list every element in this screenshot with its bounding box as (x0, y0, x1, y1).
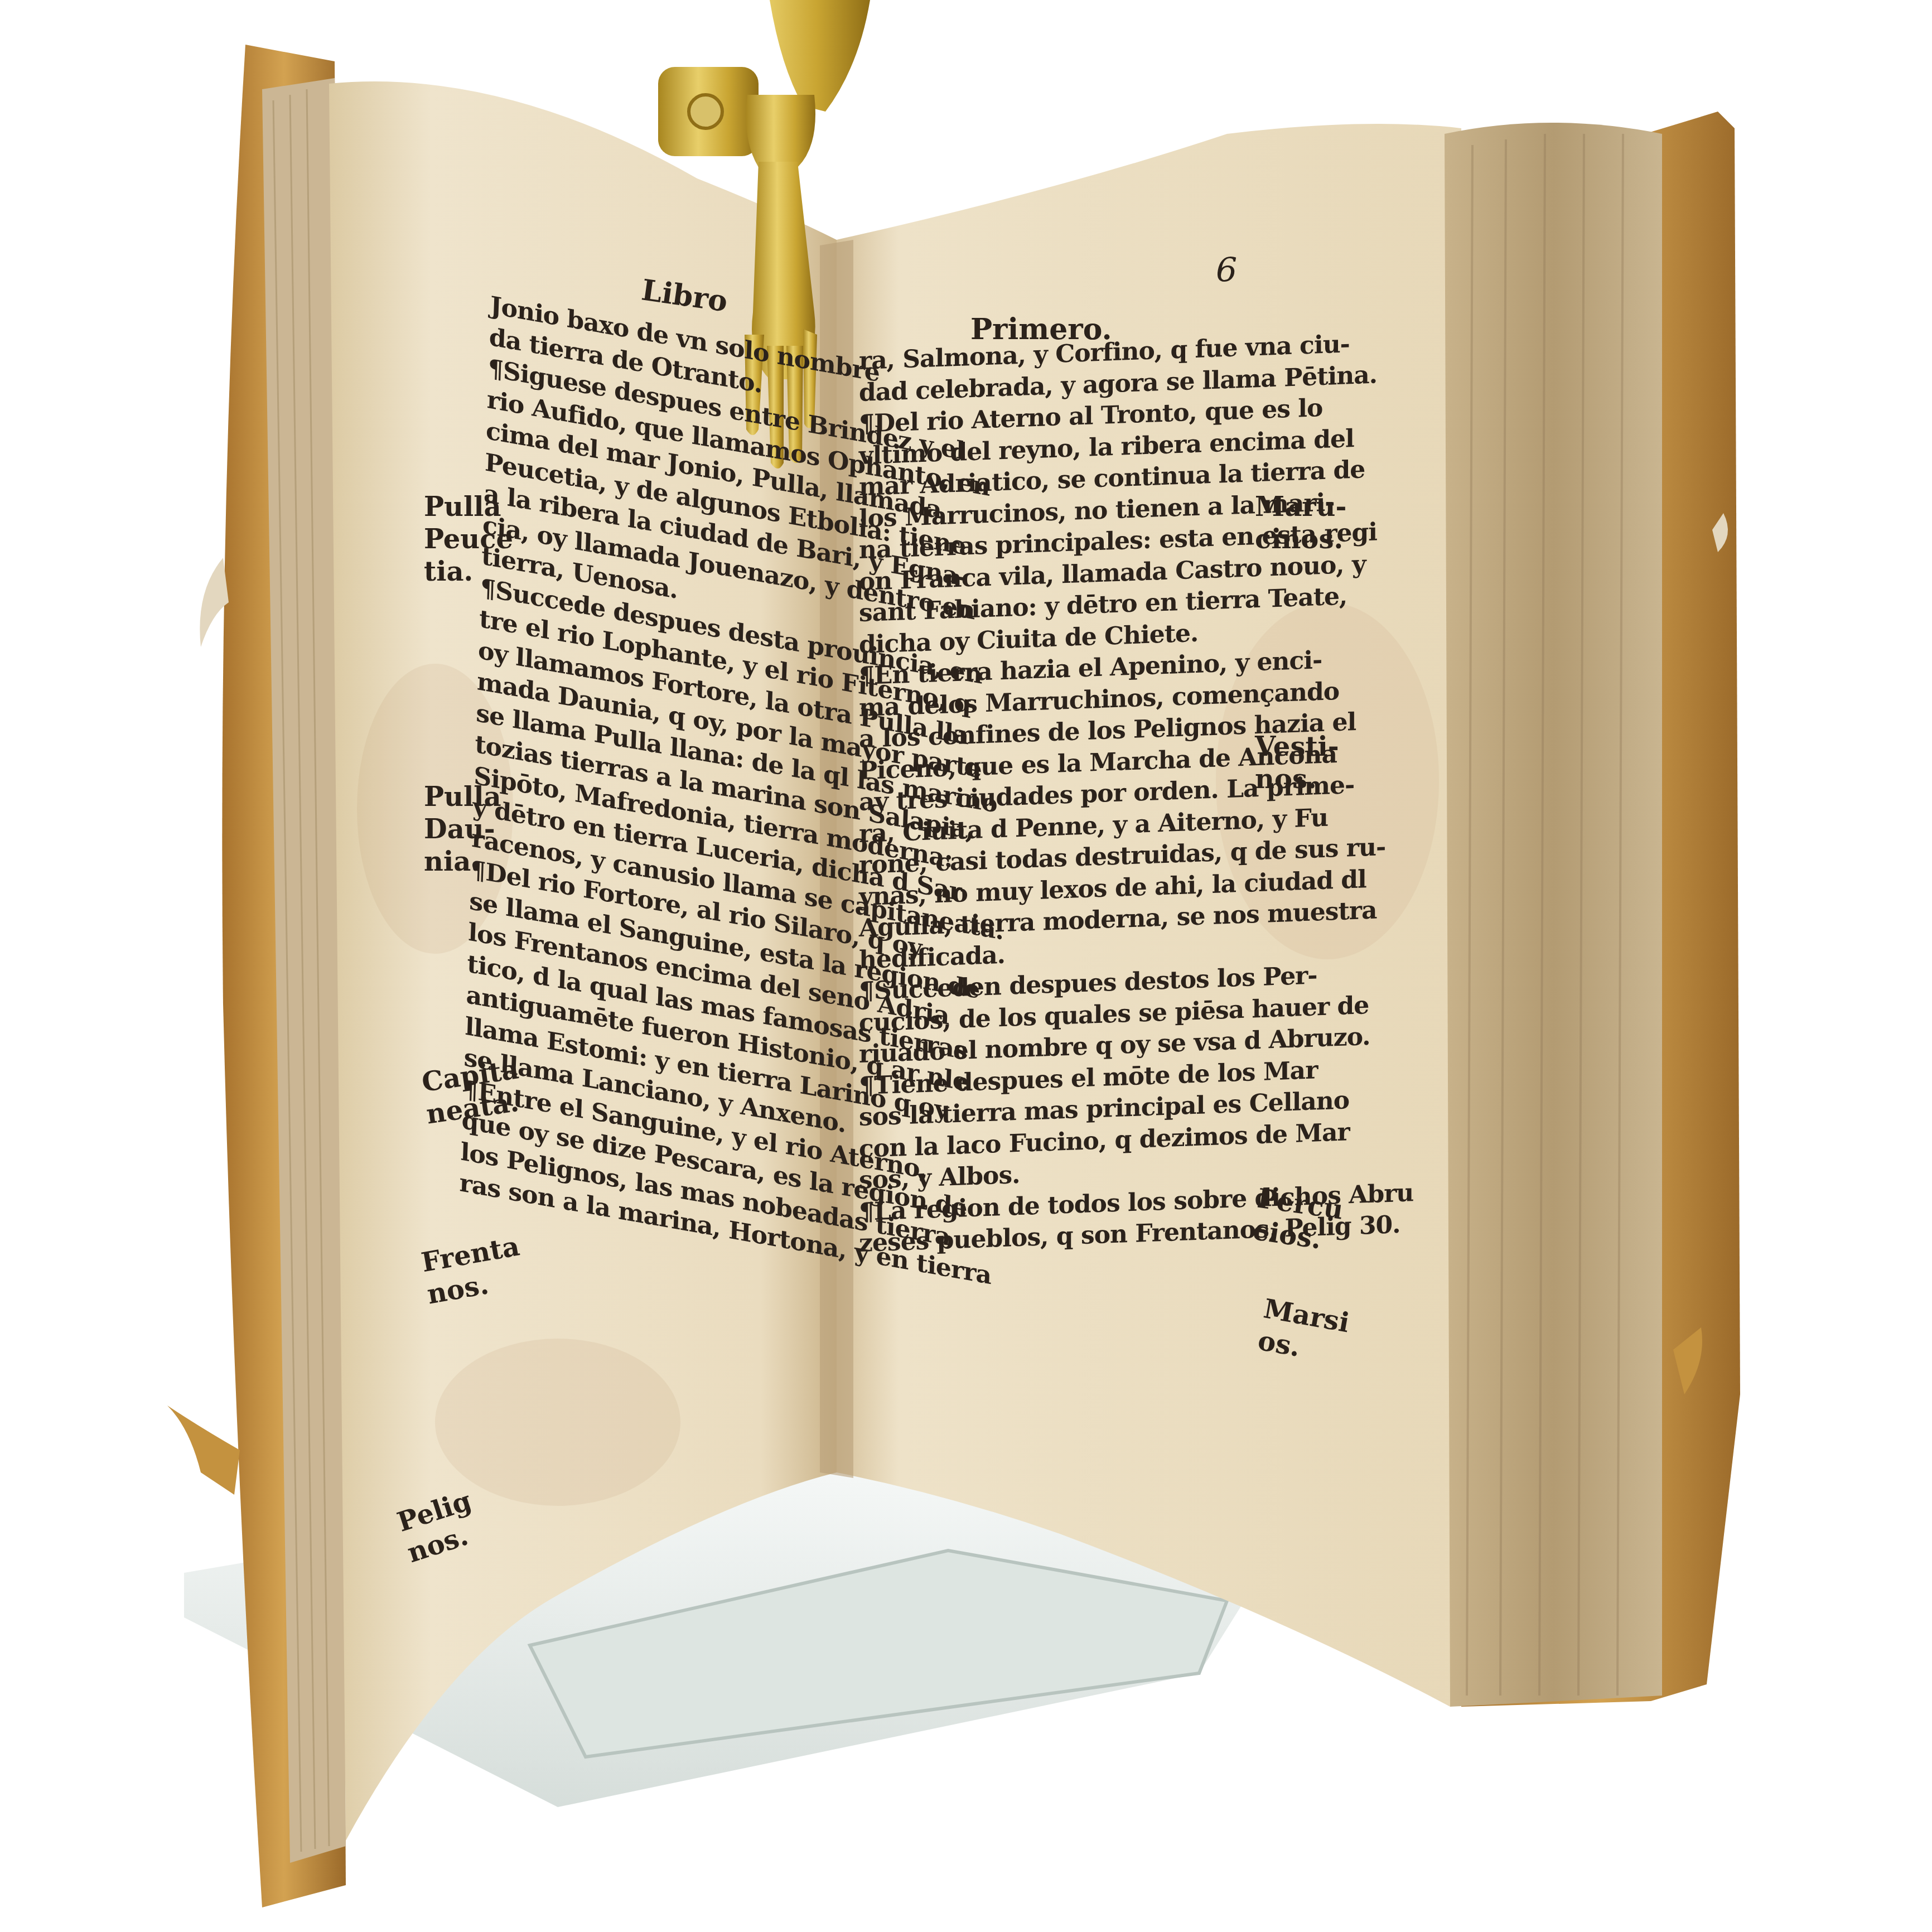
book-photo-scene: Libro Jonio baxo de vn solo nombre da ti… (0, 0, 1932, 1932)
margin-note-vestinos: Vesti- nos. (1255, 731, 1339, 795)
margin-note-marucinos: Maru- cinos. (1255, 491, 1346, 556)
right-page-text: ra, Salmona, y Corfino, q fue vna ciu- d… (859, 332, 1260, 1260)
margin-note-percucios: Percu cios. (1251, 1182, 1345, 1258)
folio-number: 6 (1216, 251, 1237, 290)
margin-note-pulla-peucetia: Pulla Peuce tia. (424, 491, 513, 588)
fore-edge (1445, 123, 1662, 1707)
margin-note-capitaneata: Capita neata. (420, 1053, 525, 1131)
margin-note-pulla-daunia: Pulla Dau- nia. (424, 781, 501, 878)
